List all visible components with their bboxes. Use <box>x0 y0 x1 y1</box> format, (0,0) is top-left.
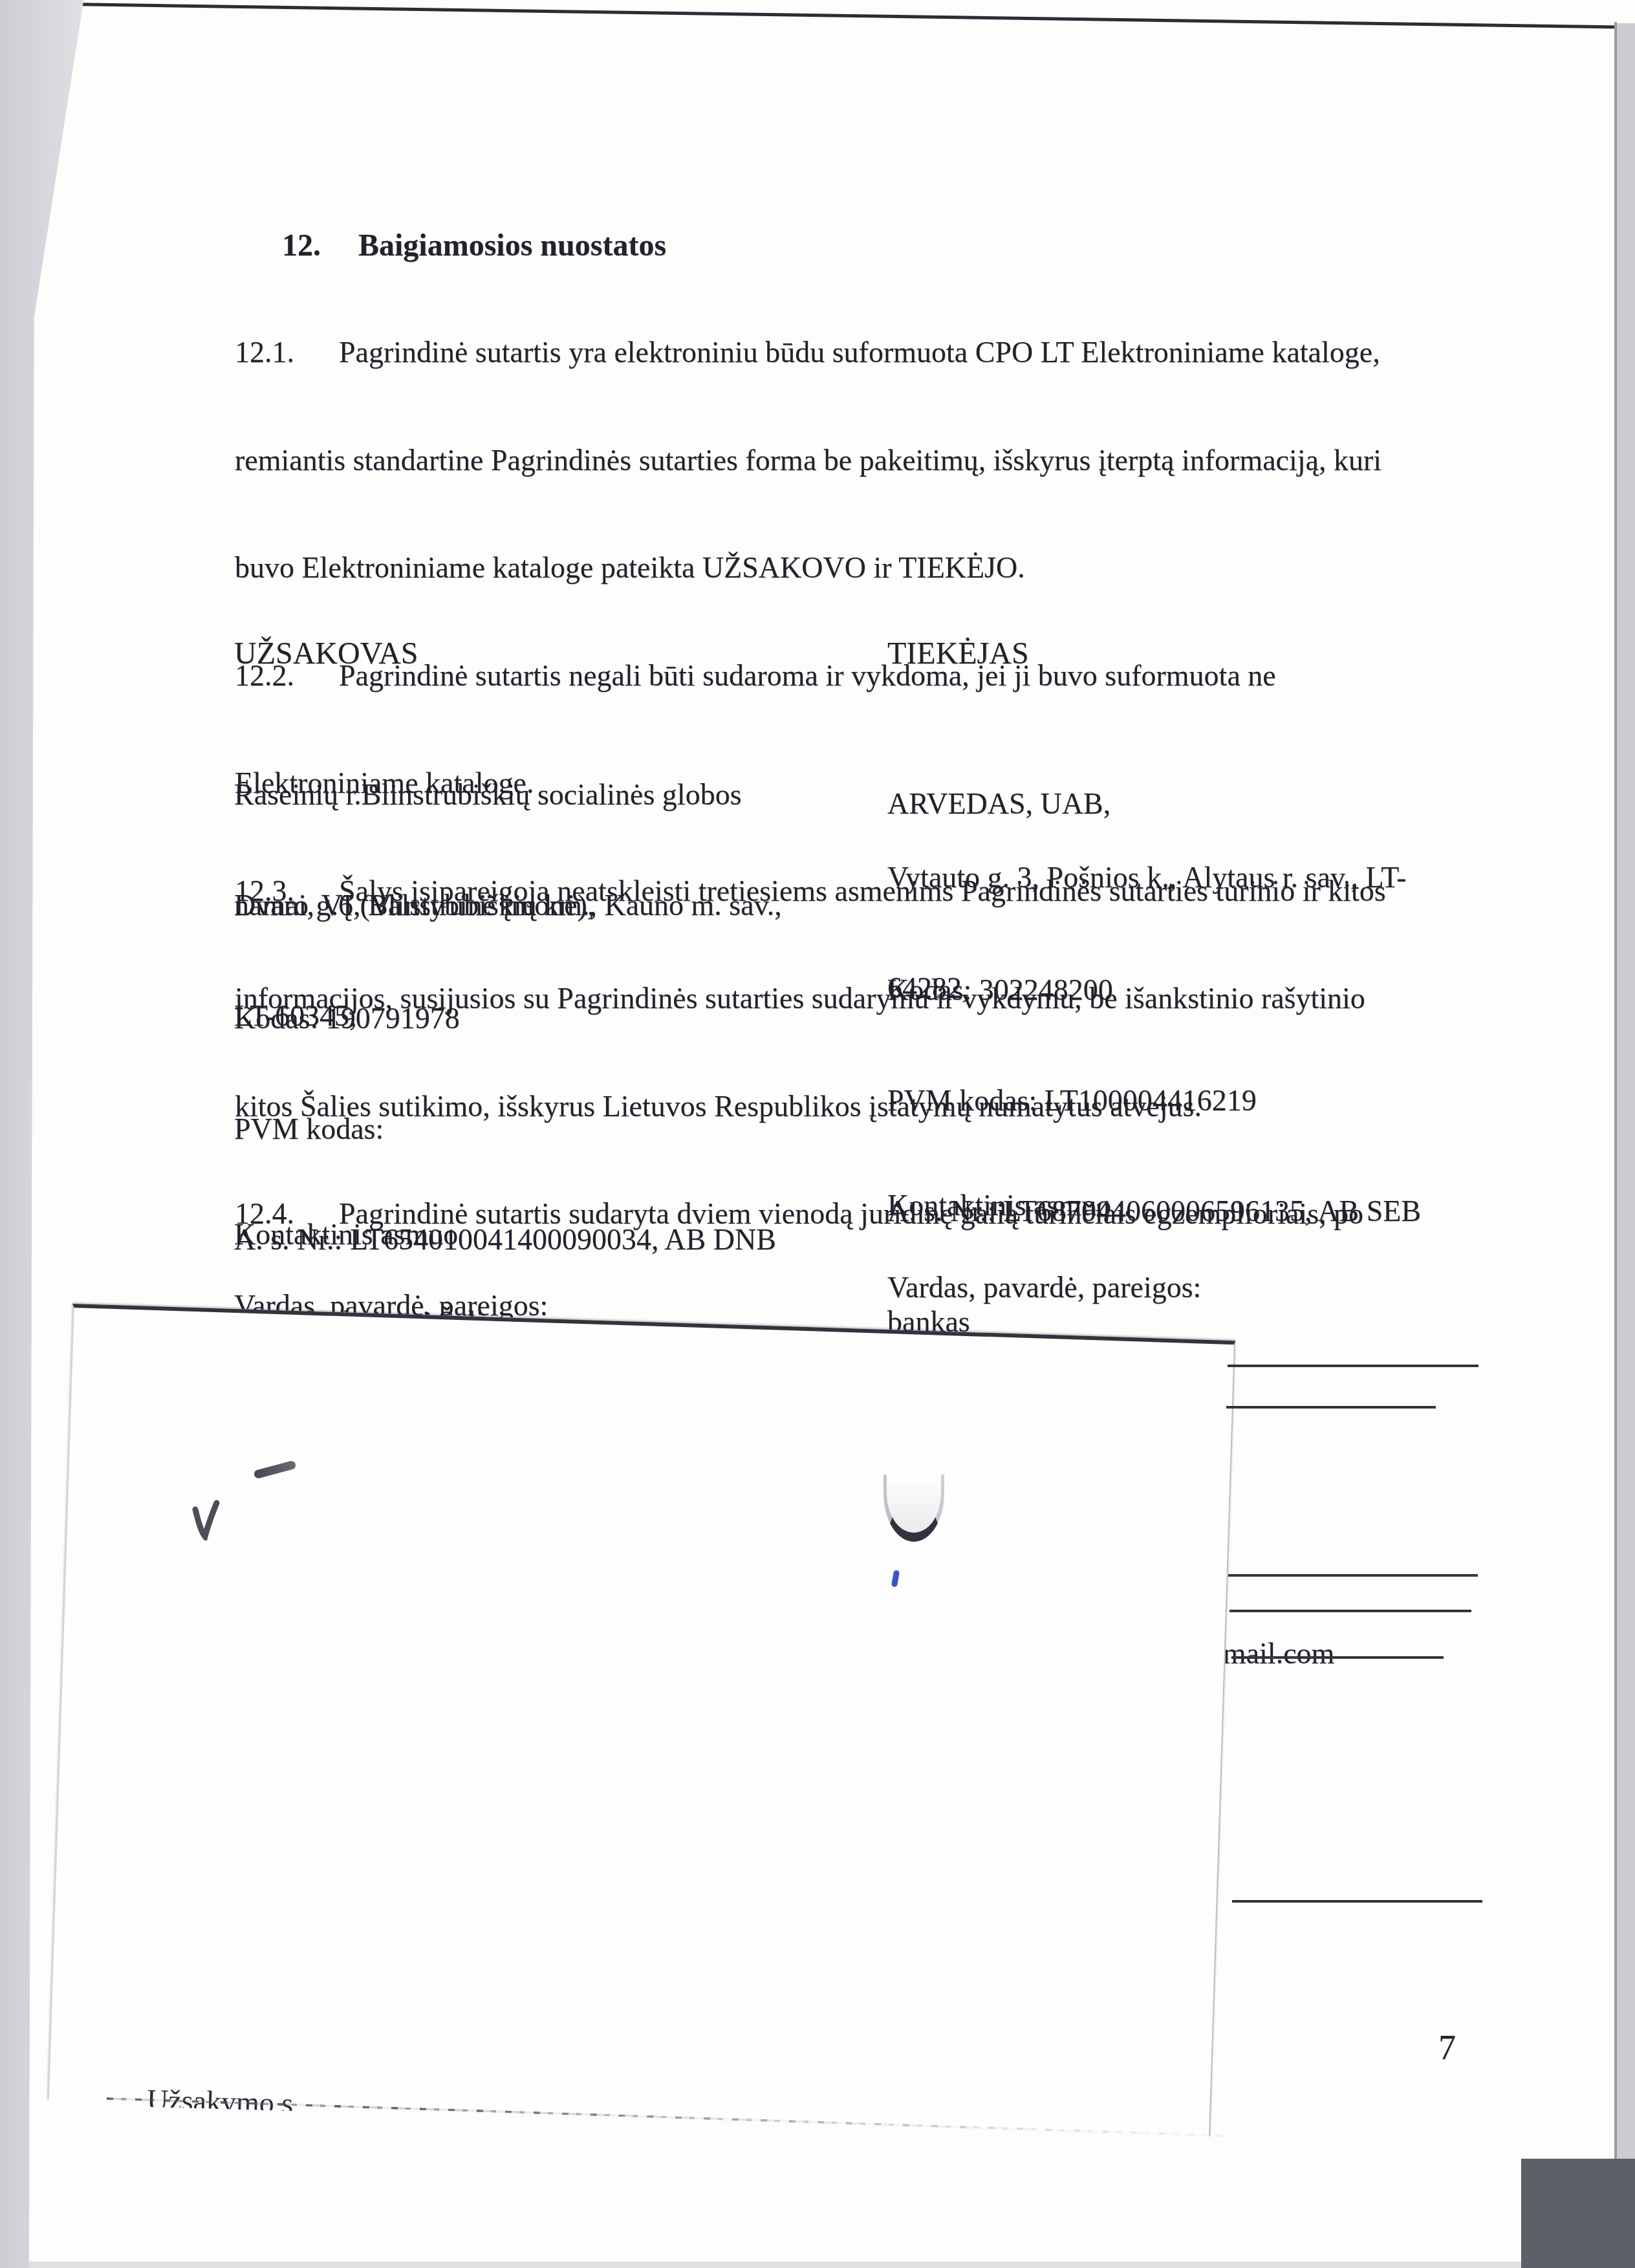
text-line: Kodas: 190791978 <box>234 1000 798 1037</box>
ink-check-mark <box>191 1498 221 1540</box>
text-line: PVM kodas: <box>234 1110 798 1147</box>
scan-top-edge-line <box>71 3 1623 29</box>
text-line: Raseinių r.Blinstrubiškių socialinės glo… <box>234 776 742 813</box>
clause-line: buvo Elektroniniame kataloge pateikta UŽ… <box>235 550 1386 586</box>
section-number: 12. <box>282 228 321 263</box>
section-title: Baigiamosios nuostatos <box>358 228 666 263</box>
customer-contact-label: Kontaktinis asmuo <box>234 1216 458 1253</box>
signature-line <box>1228 1574 1478 1577</box>
text-line: PVM kodas: LT100004416219 <box>887 1082 1421 1119</box>
text-line: Kodas: 302248200 <box>887 971 1421 1008</box>
page-number: 7 <box>1438 2029 1456 2066</box>
scanner-shadow-corner <box>1521 2159 1635 2268</box>
customer-heading: UŽSAKOVAS <box>234 635 418 672</box>
signature-line <box>1232 1900 1482 1903</box>
supplier-signature-label: Vardas, pavardė, pareigos: <box>887 1269 1201 1306</box>
text-line: Vytauto g. 3, Pošnios k., Alytaus r. sav… <box>887 859 1407 896</box>
scanned-contract-page: 12.Baigiamosios nuostatos 12.1. Pagrindi… <box>0 0 1635 2268</box>
text-line: Dvaro g.6, Blinstrubiškių km., Kauno m. … <box>234 887 782 923</box>
scanner-background-right <box>1617 23 1635 2268</box>
signature-line <box>1226 1406 1436 1409</box>
overlapping-blank-sheet <box>47 1304 1235 2137</box>
signature-line <box>1228 1365 1478 1367</box>
signature-line <box>1229 1610 1471 1612</box>
clause-line: 12.1. Pagrindinė sutartis yra elektronin… <box>235 334 1386 371</box>
signature-line <box>1231 1656 1444 1659</box>
supplier-contact-label: Kontaktinis asmuo <box>887 1187 1111 1224</box>
clause-line: remiantis standartine Pagrindinės sutart… <box>235 442 1386 479</box>
supplier-heading: TIEKĖJAS <box>887 635 1029 672</box>
scanner-background-bottom <box>29 2262 1617 2268</box>
